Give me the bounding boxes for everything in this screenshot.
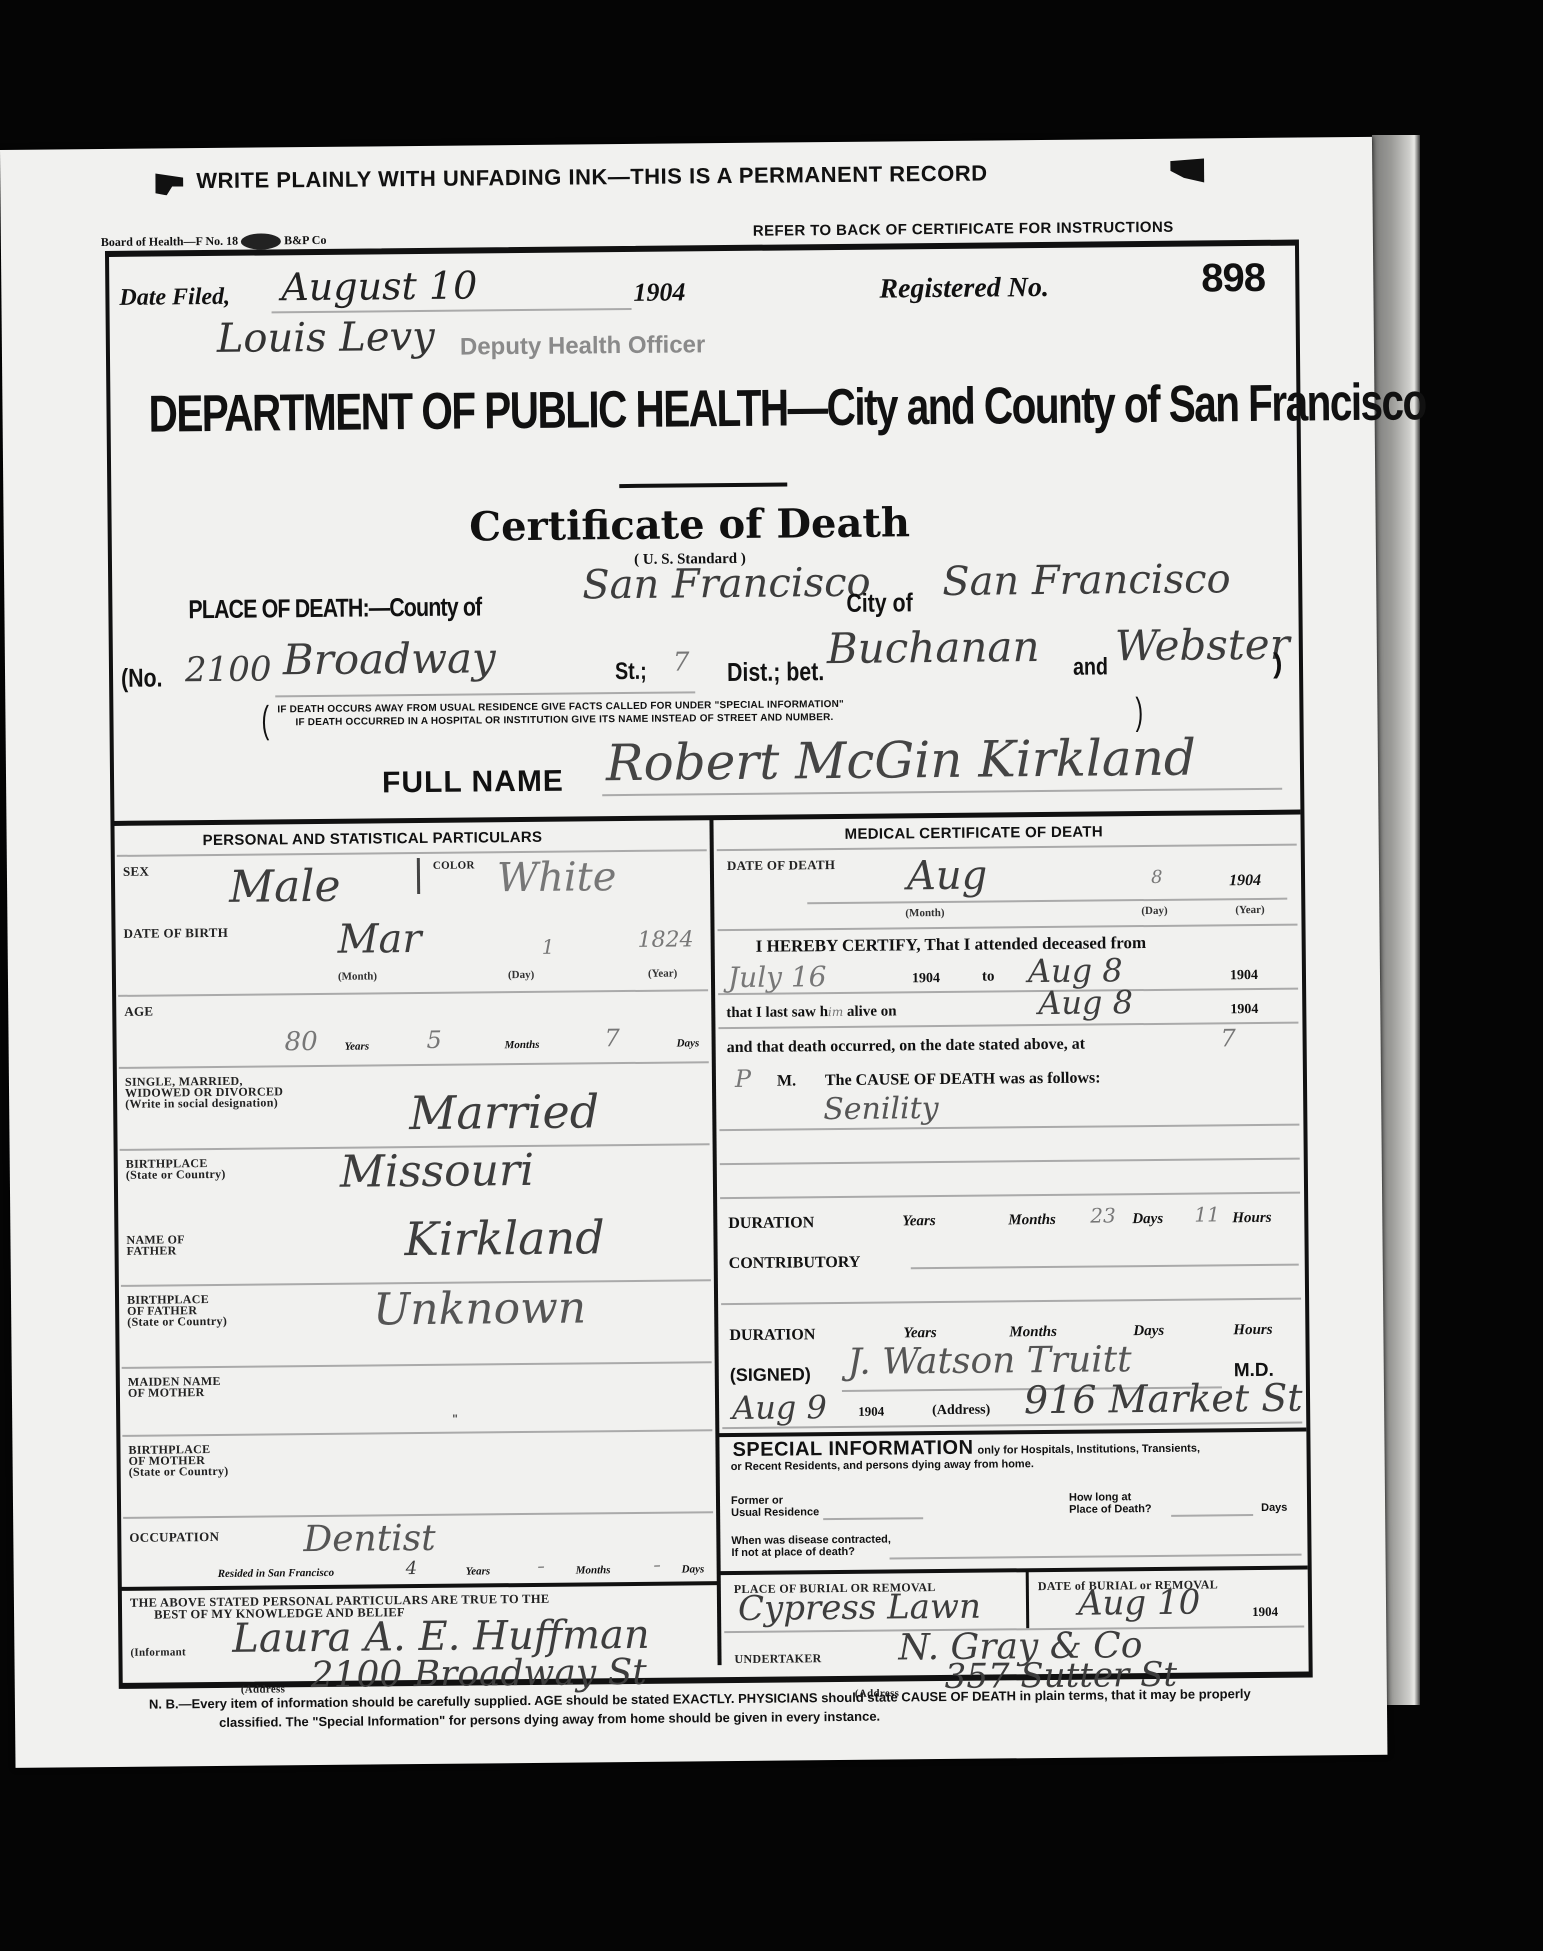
refer-instructions: REFER TO BACK OF CERTIFICATE FOR INSTRUC… — [753, 219, 1174, 240]
street-name: Broadway — [283, 633, 496, 684]
physician-address-label: (Address) — [932, 1403, 990, 1420]
color-label: COLOR — [433, 859, 475, 872]
district-value: 7 — [673, 647, 690, 677]
pointing-hand-icon — [155, 173, 183, 195]
last-saw-text: that I last saw h — [726, 1004, 828, 1021]
date-of-death-label: DATE OF DEATH — [727, 858, 836, 872]
last-saw-date: Aug 8 — [1038, 983, 1133, 1022]
disease-contracted-label: When was disease contracted, If not at p… — [731, 1534, 891, 1560]
mother-bp-label-line: (State or Country) — [129, 1466, 229, 1478]
street-number: 2100 — [185, 649, 272, 690]
date-filed-year: 1904 — [633, 277, 685, 307]
resided-days: – — [654, 1558, 661, 1574]
informant-label: (Informant — [130, 1646, 186, 1660]
burial-column-divider — [1026, 1570, 1030, 1628]
sex-label: SEX — [123, 865, 149, 878]
how-long-label-line: Place of Death? — [1069, 1503, 1152, 1516]
special-heading-text: SPECIAL INFORMATION — [732, 1437, 973, 1461]
district-between-label: Dist.; bet. — [727, 656, 824, 688]
duration-years-caption: Years — [902, 1213, 936, 1230]
signed-label: (SIGNED) — [730, 1364, 811, 1386]
last-saw-label: that I last saw him alive on — [726, 1003, 896, 1022]
color-value: White — [497, 854, 617, 901]
special-heading-rest: only for Hospitals, Institutions, Transi… — [977, 1443, 1200, 1457]
death-day-caption: (Day) — [1141, 905, 1167, 917]
father-name-label: NAME OF FATHER — [126, 1234, 185, 1257]
m-label: M. — [777, 1072, 796, 1090]
resided-days-caption: Days — [682, 1563, 705, 1575]
note-open-brace: ( — [261, 699, 269, 742]
contributory-label: CONTRIBUTORY — [729, 1254, 861, 1273]
how-long-label-line: How long at — [1069, 1491, 1152, 1504]
to-label: to — [982, 968, 995, 985]
full-name-value: Robert McGin Kirkland — [606, 729, 1197, 793]
dob-year-caption: (Year) — [648, 968, 677, 980]
ditto-mark: " — [452, 1412, 458, 1426]
place-of-death-label: PLACE OF DEATH:—County of — [188, 591, 481, 625]
father-name-value: Kirkland — [404, 1210, 605, 1266]
between-street-1: Buchanan — [827, 622, 1040, 673]
street-no-label: (No. — [121, 662, 163, 693]
death-certificate-page: WRITE PLAINLY WITH UNFADING INK—THIS IS … — [0, 137, 1387, 1768]
father-birthplace-label: BIRTHPLACE OF FATHER (State or Country) — [127, 1294, 227, 1328]
last-saw-year: 1904 — [1230, 1002, 1258, 1018]
death-day: 8 — [1151, 867, 1163, 888]
occupation-label: OCCUPATION — [129, 1530, 219, 1544]
death-time-ampm: P — [735, 1065, 751, 1093]
county-value: San Francisco — [582, 560, 871, 609]
sex-color-divider — [417, 858, 420, 894]
officer-title: Deputy Health Officer — [460, 331, 706, 361]
officer-signature: Louis Levy — [217, 314, 435, 362]
mother-label-line: OF MOTHER — [128, 1387, 221, 1399]
alive-on-text: alive on — [847, 1003, 897, 1019]
how-long-days-label: Days — [1261, 1502, 1287, 1514]
mother-birthplace-label: BIRTHPLACE OF MOTHER (State or Country) — [128, 1444, 228, 1478]
duration-hours: 11 — [1194, 1202, 1220, 1226]
dob-month-caption: (Month) — [338, 970, 377, 982]
street-suffix-label: St.; — [615, 658, 647, 686]
attended-from-year: 1904 — [912, 971, 940, 987]
and-label: and — [1073, 653, 1108, 681]
age-years: 80 — [284, 1027, 317, 1057]
physician-address: 916 Market St — [1024, 1376, 1303, 1423]
former-label-line: Usual Residence — [731, 1506, 819, 1519]
dob-year: 1824 — [637, 927, 693, 953]
former-residence-label: Former or Usual Residence — [731, 1494, 819, 1519]
father-label-line: FATHER — [127, 1245, 186, 1257]
date-filed-label: Date Filed, — [119, 284, 230, 312]
undertaker-label: UNDERTAKER — [734, 1652, 821, 1666]
registered-number: 898 — [1201, 256, 1265, 302]
occupation-value: Dentist — [303, 1518, 436, 1560]
duration-days: 23 — [1090, 1203, 1116, 1227]
age-years-caption: Years — [345, 1040, 370, 1052]
close-paren: ) — [1273, 648, 1283, 680]
cause-of-death-label: The CAUSE OF DEATH was as follows: — [825, 1069, 1101, 1090]
birthplace-value: Missouri — [340, 1145, 535, 1198]
marital-value: Married — [409, 1084, 599, 1140]
dob-day-caption: (Day) — [508, 969, 534, 981]
attended-from-date: July 16 — [728, 960, 827, 994]
resided-months: – — [538, 1559, 545, 1575]
death-time-hour: 7 — [1220, 1024, 1236, 1052]
age-days-caption: Days — [677, 1037, 700, 1049]
duration-hours-caption: Hours — [1232, 1210, 1271, 1227]
signed-date: Aug 9 — [732, 1388, 827, 1427]
signed-year: 1904 — [858, 1404, 884, 1420]
duration2-days-caption: Days — [1133, 1323, 1164, 1340]
death-month-caption: (Month) — [905, 907, 944, 919]
duration-days-caption: Days — [1132, 1211, 1163, 1228]
burial-date: Aug 10 — [1078, 1583, 1201, 1624]
medical-heading: MEDICAL CERTIFICATE OF DEATH — [845, 823, 1104, 842]
death-occurred-label: and that death occurred, on the date sta… — [727, 1036, 1086, 1057]
last-saw-pronoun: im — [828, 1005, 843, 1019]
department-title: DEPARTMENT OF PUBLIC HEALTH—City and Cou… — [148, 372, 1426, 444]
resided-label: Resided in San Francisco — [218, 1567, 335, 1580]
age-days: 7 — [604, 1024, 620, 1052]
father-birthplace-value: Unknown — [373, 1282, 586, 1335]
age-months: 5 — [426, 1026, 442, 1054]
permanent-record-warning: WRITE PLAINLY WITH UNFADING INK—THIS IS … — [196, 161, 987, 195]
burial-place: Cypress Lawn — [738, 1587, 981, 1629]
former-label-line: Former or — [731, 1494, 819, 1507]
union-label-seal-icon — [241, 234, 281, 250]
marital-label-line: (Write in social designation) — [125, 1097, 283, 1110]
between-street-2: Webster — [1115, 620, 1290, 671]
pointing-hand-icon-right — [1170, 158, 1204, 182]
city-value: San Francisco — [942, 556, 1231, 605]
physician-signature: J. Watson Truitt — [847, 1339, 1131, 1383]
registered-no-label: Registered No. — [879, 272, 1049, 306]
birthplace-label: BIRTHPLACE (State or Country) — [126, 1158, 226, 1181]
form-border — [105, 240, 1313, 1689]
sex-value: Male — [229, 861, 341, 913]
father-bp-label-line: (State or Country) — [127, 1316, 227, 1328]
resided-years: 4 — [406, 1558, 418, 1579]
contracted-label-line: If not at place of death? — [731, 1546, 891, 1560]
date-filed-value: August 10 — [281, 263, 477, 309]
dob-label: DATE OF BIRTH — [123, 926, 228, 940]
personal-heading: PERSONAL AND STATISTICAL PARTICULARS — [203, 829, 543, 849]
contracted-label-line: When was disease contracted, — [731, 1534, 891, 1548]
death-month: Aug — [907, 853, 988, 900]
full-name-label: FULL NAME — [382, 765, 564, 801]
attended-to-year: 1904 — [1230, 968, 1258, 984]
city-label: City of — [846, 587, 913, 619]
duration2-years-caption: Years — [903, 1325, 937, 1342]
dob-month: Mar — [337, 916, 421, 963]
death-year-caption: (Year) — [1235, 904, 1264, 916]
age-months-caption: Months — [505, 1039, 540, 1051]
duration-label-2: DURATION — [729, 1326, 815, 1345]
death-year: 1904 — [1229, 872, 1261, 890]
resided-years-caption: Years — [466, 1565, 491, 1577]
birthplace-label-line: (State or Country) — [126, 1169, 226, 1181]
resided-months-caption: Months — [576, 1564, 611, 1576]
cause-of-death-value: Senility — [823, 1091, 939, 1127]
duration2-hours-caption: Hours — [1233, 1322, 1272, 1339]
marital-label: SINGLE, MARRIED, WIDOWED OR DIVORCED (Wr… — [125, 1075, 283, 1110]
mother-maiden-name-label: MAIDEN NAME OF MOTHER — [128, 1376, 221, 1399]
dob-day: 1 — [542, 935, 555, 959]
burial-year: 1904 — [1252, 1604, 1278, 1620]
age-label: AGE — [124, 1005, 153, 1018]
note-close-brace: ) — [1135, 691, 1143, 734]
duration-months-caption: Months — [1008, 1212, 1056, 1229]
duration2-months-caption: Months — [1009, 1324, 1057, 1341]
how-long-label: How long at Place of Death? — [1069, 1491, 1152, 1516]
duration-label: DURATION — [728, 1214, 814, 1233]
